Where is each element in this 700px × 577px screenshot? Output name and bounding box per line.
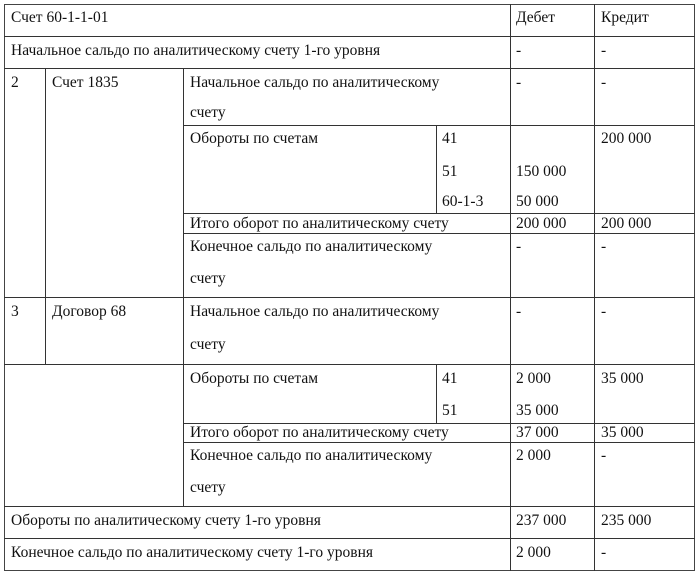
turnover-account: 41 <box>442 130 458 148</box>
opening-credit: - <box>601 74 606 92</box>
row-divider <box>4 506 695 507</box>
total-credit: 200 000 <box>601 215 651 233</box>
opening-debit: - <box>516 74 521 92</box>
turnover-level1-label: Обороты по аналитическому счету 1-го уро… <box>11 512 321 530</box>
closing-credit: - <box>601 238 606 256</box>
opening-label-cont: счету <box>190 104 226 122</box>
turnover-debit: 50 000 <box>516 193 559 211</box>
account-title: Счет 60-1-1-01 <box>11 9 108 27</box>
total-debit: 200 000 <box>516 215 566 233</box>
group-number: 3 <box>11 303 19 321</box>
turnover-debit: 2 000 <box>516 370 551 388</box>
turnover-account: 41 <box>442 370 458 388</box>
opening-level1-credit: - <box>601 42 606 60</box>
turnover-label: Обороты по счетам <box>190 370 318 388</box>
turnover-credit: 35 000 <box>601 370 644 388</box>
turnover-account: 51 <box>442 163 458 181</box>
col-divider <box>45 68 46 297</box>
col-divider <box>510 4 511 571</box>
row-divider <box>183 125 695 126</box>
turnover-label: Обороты по счетам <box>190 130 318 148</box>
closing-credit: - <box>601 447 606 465</box>
total-label: Итого оборот по аналитическому счету <box>190 424 449 442</box>
row-divider <box>4 364 695 365</box>
col-divider <box>436 364 437 423</box>
debit-header: Дебет <box>516 9 555 27</box>
opening-level1-label: Начальное сальдо по аналитическому счету… <box>11 42 380 60</box>
closing-debit: - <box>516 238 521 256</box>
opening-label-cont: счету <box>190 336 226 354</box>
closing-debit: 2 000 <box>516 447 551 465</box>
col-divider <box>183 68 184 506</box>
opening-credit: - <box>601 303 606 321</box>
group-number: 2 <box>11 74 19 92</box>
closing-level1-label: Конечное сальдо по аналитическому счету … <box>11 544 373 562</box>
group-name: Договор 68 <box>52 303 126 321</box>
row-divider <box>183 233 695 234</box>
total-label: Итого оборот по аналитическому счету <box>190 215 449 233</box>
row-divider <box>4 538 695 539</box>
row-divider <box>4 68 695 69</box>
closing-level1-credit: - <box>601 544 606 562</box>
col-divider <box>45 297 46 364</box>
opening-label: Начальное сальдо по аналитическому <box>190 303 439 321</box>
closing-label: Конечное сальдо по аналитическому <box>190 238 432 256</box>
col-divider <box>594 4 595 571</box>
turnover-level1-credit: 235 000 <box>601 512 651 530</box>
row-divider <box>183 442 695 443</box>
turnover-debit: 35 000 <box>516 402 559 420</box>
turnover-account: 51 <box>442 402 458 420</box>
col-divider <box>436 125 437 213</box>
row-divider <box>183 213 695 214</box>
closing-label-cont: счету <box>190 479 226 497</box>
row-divider <box>4 297 695 298</box>
row-divider <box>4 36 695 37</box>
opening-level1-debit: - <box>516 42 521 60</box>
opening-debit: - <box>516 303 521 321</box>
group-name: Счет 1835 <box>52 74 118 92</box>
total-debit: 37 000 <box>516 424 559 442</box>
total-credit: 35 000 <box>601 424 644 442</box>
turnover-level1-debit: 237 000 <box>516 512 566 530</box>
turnover-credit: 200 000 <box>601 130 651 148</box>
credit-header: Кредит <box>601 9 649 27</box>
closing-label-cont: счету <box>190 270 226 288</box>
turnover-debit: 150 000 <box>516 163 566 181</box>
closing-label: Конечное сальдо по аналитическому <box>190 447 432 465</box>
opening-label: Начальное сальдо по аналитическому <box>190 74 439 92</box>
turnover-account: 60-1-3 <box>442 193 483 211</box>
closing-level1-debit: 2 000 <box>516 544 551 562</box>
